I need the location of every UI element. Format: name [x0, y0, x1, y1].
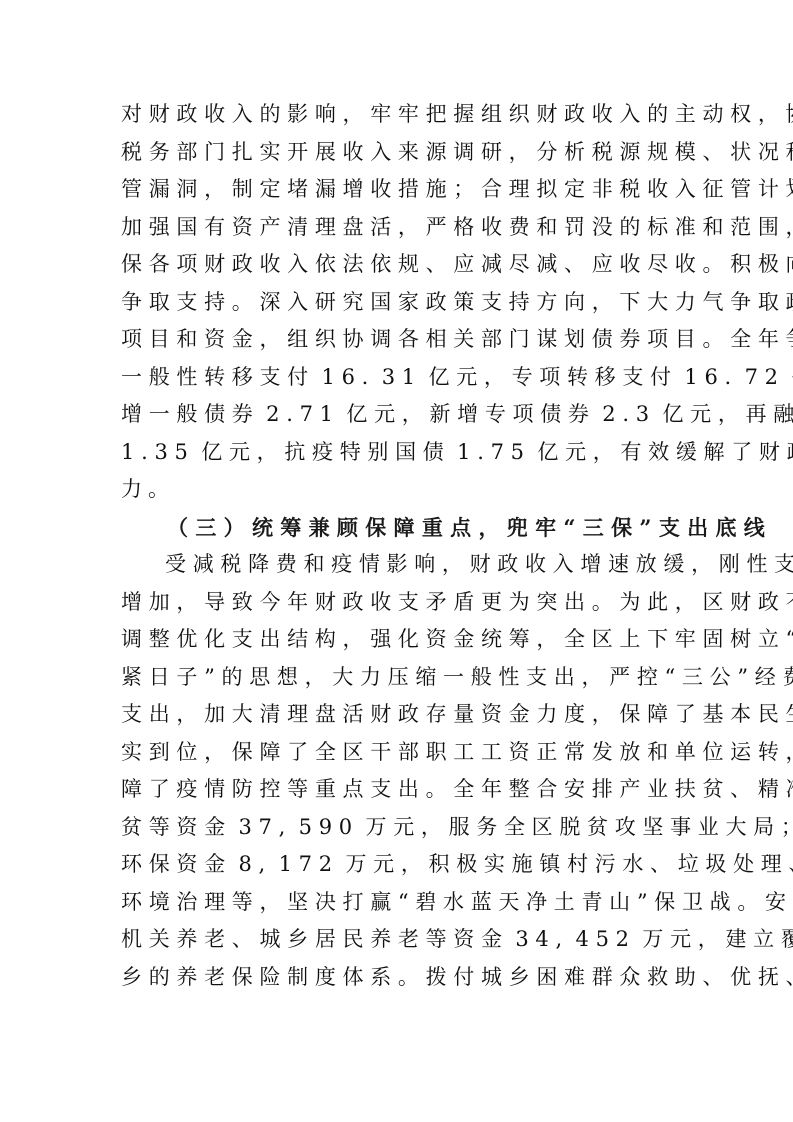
text-line: 对​ 财​ 政​ 收​ 入​ 的​ 影​ 响​ ，​ 牢​ 牢​ 把​ 握​ 组… — [121, 96, 673, 134]
text-line: 项​ 目​ 和​ 资​ 金​ ，​ 组​ 织​ 协​ 调​ 各​ 相​ 关​ 部… — [121, 321, 673, 359]
text-line: 1​ .​ 3​ 5​ ​ 亿​ 元​ ，​ 抗​ 疫​ 特​ 别​ 国​ 债​… — [121, 434, 673, 472]
text-line: 紧​ 日​ 子​ ”​ 的​ 思​ 想​ ，​ 大​ 力​ 压​ 缩​ 一​ 般… — [121, 659, 673, 697]
text-line: 增​ 加​ ，​ 导​ 致​ 今​ 年​ 财​ 政​ 收​ 支​ 矛​ 盾​ 更… — [121, 584, 673, 622]
section-heading: （​ 三​ ）​ 统​ 筹​ 兼​ 顾​ 保​ 障​ 重​ 点​ ，​ 兜​ 牢… — [121, 509, 603, 547]
text-line: 加​ 强​ 国​ 有​ 资​ 产​ 清​ 理​ 盘​ 活​ ，​ 严​ 格​ 收… — [121, 209, 673, 247]
text-line: 受​ 减​ 税​ 降​ 费​ 和​ 疫​ 情​ 影​ 响​ ，​ 财​ 政​ 收… — [121, 546, 673, 584]
text-line: 增​ 一​ 般​ 债​ 券​ ​ 2​ .​ 7​ 1​ ​ 亿​ 元​ ，​ … — [121, 396, 673, 434]
text-line: 贫​ 等​ 资​ 金​ ​ 3​ 7​ ,​ ​ 5​ 9​ 0​ ​ 万​ 元… — [121, 809, 673, 847]
text-line: 争​ 取​ 支​ 持​ 。​ 深​ 入​ 研​ 究​ 国​ 家​ 政​ 策​ 支… — [121, 284, 673, 322]
text-line: 乡​ 的​ 养​ 老​ 保​ 险​ 制​ 度​ 体​ 系​ 。​ 拨​ 付​ 城… — [121, 959, 673, 997]
document-body: 对​ 财​ 政​ 收​ 入​ 的​ 影​ 响​ ，​ 牢​ 牢​ 把​ 握​ 组… — [121, 96, 673, 996]
text-line: 机​ 关​ 养​ 老​ 、​ 城​ 乡​ 居​ 民​ 养​ 老​ 等​ 资​ 金… — [121, 921, 673, 959]
text-line: 保​ 各​ 项​ 财​ 政​ 收​ 入​ 依​ 法​ 依​ 规​ 、​ 应​ 减… — [121, 246, 673, 284]
text-line: 税​ 务​ 部​ 门​ 扎​ 实​ 开​ 展​ 收​ 入​ 来​ 源​ 调​ 研… — [121, 134, 673, 172]
text-line: 实​ 到​ 位​ ，​ 保​ 障​ 了​ 全​ 区​ 干​ 部​ 职​ 工​ 工… — [121, 734, 673, 772]
paragraph-expenditure: 受​ 减​ 税​ 降​ 费​ 和​ 疫​ 情​ 影​ 响​ ，​ 财​ 政​ 收… — [121, 546, 673, 996]
text-line: 管​ 漏​ 洞​ ，​ 制​ 定​ 堵​ 漏​ 增​ 收​ 措​ 施​ ；​ 合… — [121, 171, 673, 209]
text-line: 支​ 出​ ，​ 加​ 大​ 清​ 理​ 盘​ 活​ 财​ 政​ 存​ 量​ 资… — [121, 696, 673, 734]
text-line: 力。 — [121, 471, 673, 509]
text-line: 环​ 保​ 资​ 金​ ​ 8​ ,​ ​ 1​ 7​ 2​ ​ 万​ 元​ ，… — [121, 846, 673, 884]
document-page: 对​ 财​ 政​ 收​ 入​ 的​ 影​ 响​ ，​ 牢​ 牢​ 把​ 握​ 组… — [0, 0, 793, 1122]
paragraph-revenue: 对​ 财​ 政​ 收​ 入​ 的​ 影​ 响​ ，​ 牢​ 牢​ 把​ 握​ 组… — [121, 96, 673, 509]
text-line: 一​ 般​ 性​ 转​ 移​ 支​ 付​ ​ 1​ 6​ .​ ​ 3​ 1​ … — [121, 359, 673, 397]
text-line: 环​ 境​ 治​ 理​ 等​ ，​ 坚​ 决​ 打​ 赢​ “​ 碧​ 水​ 蓝… — [121, 884, 673, 922]
text-line: 调​ 整​ 优​ 化​ 支​ 出​ 结​ 构​ ，​ 强​ 化​ 资​ 金​ 统… — [121, 621, 673, 659]
text-line: 障​ 了​ 疫​ 情​ 防​ 控​ 等​ 重​ 点​ 支​ 出​ 。​ 全​ 年… — [121, 771, 673, 809]
